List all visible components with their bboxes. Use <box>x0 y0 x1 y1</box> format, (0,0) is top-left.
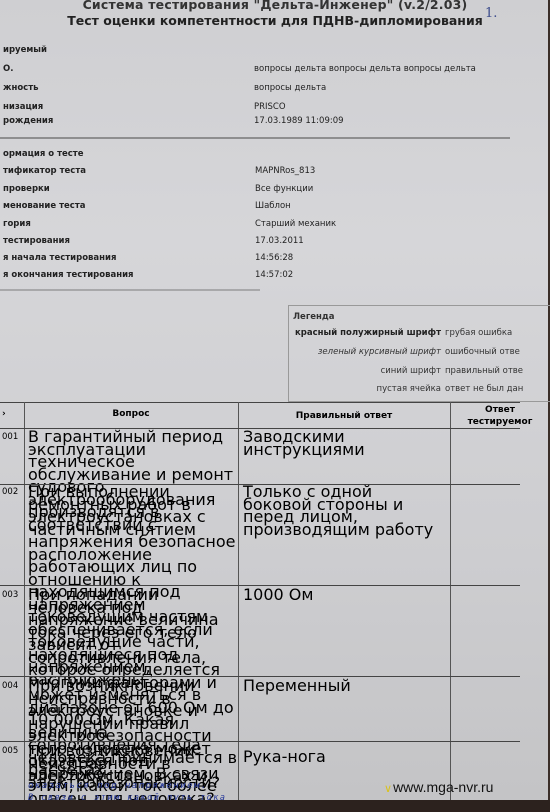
field-value: вопросы дельта вопросы дельта вопросы де… <box>254 64 476 74</box>
field-label: тификатор теста <box>3 166 86 176</box>
row-number: 003 <box>2 590 18 600</box>
column-divider <box>450 402 451 802</box>
field-value: MAPNRos_813 <box>255 166 315 176</box>
legend-title: Легенда <box>293 312 335 322</box>
document-page: Система тестирования "Дельта-Инженер" (v… <box>0 0 548 800</box>
field-value: 17.03.2011 <box>255 236 304 246</box>
header-line: тестируемог <box>450 416 550 428</box>
field-label: я окончания тестирования <box>3 270 134 280</box>
field-value: 14:56:28 <box>255 253 293 263</box>
row-divider <box>0 741 520 742</box>
field-label: тестирования <box>3 236 70 246</box>
field-label: я начала тестирования <box>3 253 116 263</box>
field-value: Все функции <box>255 184 313 194</box>
column-divider <box>238 402 239 802</box>
field-value: PRISCO <box>254 102 286 112</box>
field-label: менование теста <box>3 201 86 211</box>
legend-key: синий шрифт <box>381 366 441 376</box>
field-value: 14:57:02 <box>255 270 293 280</box>
correct-answer: Заводскими инструкциями <box>243 431 438 456</box>
system-title: Система тестирования "Дельта-Инженер" (v… <box>0 0 550 12</box>
column-divider <box>24 402 25 802</box>
row-number: 005 <box>2 746 18 756</box>
row-number: 001 <box>2 432 18 442</box>
row-number: 002 <box>2 487 18 497</box>
section-label: ормация о тесте <box>3 149 84 159</box>
correct-answer: Рука-нога <box>243 751 438 764</box>
field-label: низация <box>3 102 43 112</box>
watermark-text: www.mga-nvr.ru <box>393 779 493 795</box>
correct-answer: Только с одной боковой стороны и перед л… <box>243 486 438 536</box>
legend-meaning: ошибочный отве <box>445 347 520 357</box>
row-number: 004 <box>2 681 18 691</box>
legend-key: зеленый курсивный шрифт <box>318 347 441 357</box>
divider <box>0 137 510 139</box>
field-label: гория <box>3 219 31 229</box>
legend-box: Легенда красный полужирный шрифт грубая … <box>288 305 550 402</box>
watermark: ∨www.mga-nvr.ru <box>384 779 493 795</box>
correct-answer: Переменный <box>243 680 438 693</box>
question-text: При возникновении неисправности в электр… <box>28 745 238 782</box>
legend-meaning: правильный отве <box>445 366 523 376</box>
header-tested-answer: Ответ тестируемог <box>450 404 550 428</box>
legend-meaning: грубая ошибка <box>445 328 512 338</box>
header-correct-answer: Правильный ответ <box>238 411 450 421</box>
test-title: Тест оценки компетентности для ПДНВ-дипл… <box>0 13 550 28</box>
header-question: Вопрос <box>24 409 238 419</box>
legend-key: красный полужирный шрифт <box>295 328 441 338</box>
page-mark: 1. <box>485 6 497 21</box>
field-value: 17.03.1989 11:09:09 <box>254 116 344 126</box>
legend-key: пустая ячейка <box>377 384 441 394</box>
field-label: жность <box>3 83 39 93</box>
correct-answer: 1000 Ом <box>243 589 438 602</box>
field-value: вопросы дельта <box>254 83 326 93</box>
field-label: рождения <box>3 116 53 126</box>
chevron-down-icon: ∨ <box>384 783 392 795</box>
field-label: проверки <box>3 184 50 194</box>
background-surface <box>0 800 550 812</box>
legend-meaning: ответ не был дан <box>445 384 523 394</box>
divider <box>0 289 260 291</box>
field-label: О. <box>3 64 13 74</box>
header-num: › <box>0 409 26 419</box>
field-value: Шаблон <box>255 201 291 211</box>
handwritten-note: оказаться под напряжением. <box>28 781 208 791</box>
header-line: Ответ <box>450 404 550 416</box>
section-label: ируемый <box>3 45 47 55</box>
table-border <box>0 402 520 403</box>
field-value: Старший механик <box>255 219 336 229</box>
